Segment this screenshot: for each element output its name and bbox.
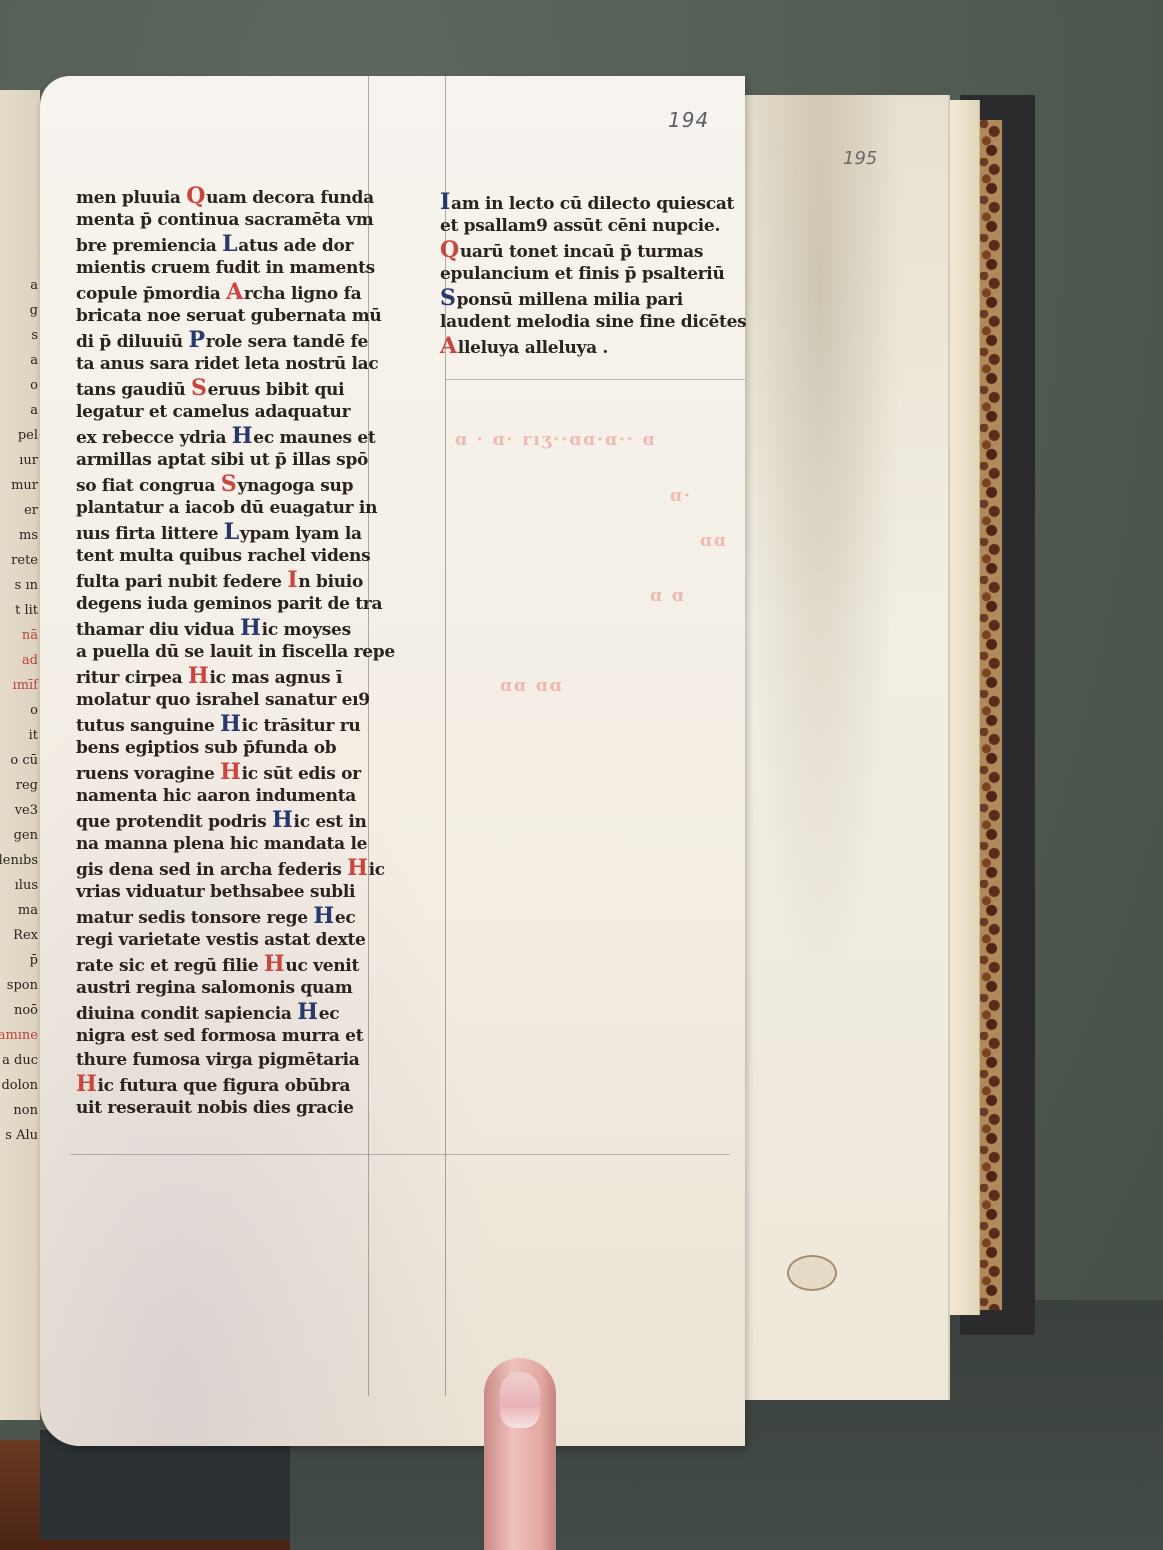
manuscript-line: namenta hic aaron indumenta (76, 784, 396, 808)
line-text: atus ade dor (238, 236, 353, 256)
manuscript-line: epulancium et finis p̄ psalteriū (440, 262, 745, 286)
line-text: na manna plena hic mandata le (76, 834, 367, 854)
leaf-195 (735, 95, 950, 1400)
manuscript-line: laudent melodia sine fine dicētes (440, 310, 745, 334)
facing-page-text-fragment: reg (16, 775, 38, 797)
facing-page-text-fragment: dolon (1, 1075, 38, 1097)
manuscript-line: ıuıs firta littere Lypam lyam la (76, 520, 396, 544)
manuscript-line: Alleluya alleluya . (440, 334, 745, 358)
folio-number-195: 195 (843, 148, 877, 169)
facing-page-text-fragment: pel (18, 425, 38, 447)
line-text: so fiat congrua (76, 476, 221, 496)
line-text: ic moyses (262, 620, 351, 640)
decorated-initial-red: S (221, 472, 237, 496)
ring-stain (787, 1255, 837, 1291)
line-text: nigra est sed formosa murra et (76, 1026, 363, 1046)
facing-page-text-fragment: p̄ (30, 950, 38, 972)
ruling-line (445, 379, 745, 380)
line-text: role sera tandē fe (206, 332, 368, 352)
line-text: plantatur a iacob dū euagatur in (76, 498, 377, 518)
decorated-initial-blue: H (297, 1000, 318, 1024)
line-text: tutus sanguine (76, 716, 220, 736)
manuscript-line: di p̄ diluuiū Prole sera tandē fe (76, 328, 396, 352)
facing-page-text-fragment: ımīf (13, 675, 38, 697)
line-text: uit reserauit nobis dies gracie (76, 1098, 354, 1118)
line-text: bricata noe seruat gubernata mū (76, 306, 382, 326)
line-text: vrias viduatur bethsabee subli (76, 882, 355, 902)
line-text: ec maunes et (253, 428, 375, 448)
manuscript-line: rate sic et regū filie Huc venit (76, 952, 396, 976)
line-text: matur sedis tonsore rege (76, 908, 313, 928)
facing-page-text-fragment: lenıbs (0, 850, 38, 872)
manuscript-line: copule p̄mordia Archa ligno fa (76, 280, 396, 304)
facing-page-text-fragment: ramıne (0, 1025, 38, 1047)
decorated-initial-blue: H (220, 712, 241, 736)
decorated-initial-red: Q (440, 238, 459, 263)
red-offset-ghost: ɑ· (670, 486, 692, 506)
line-text: ic trāsitur ru (242, 716, 361, 736)
line-text: a puella dū se lauit in fiscella repe (76, 642, 395, 662)
facing-page-text-fragment: ve3 (15, 800, 38, 822)
line-text: tans gaudiū (76, 380, 191, 400)
line-text: ic sūt edis or (242, 764, 361, 784)
line-text: diuina condit sapiencia (76, 1004, 297, 1024)
manuscript-line: so fiat congrua Synagoga sup (76, 472, 396, 496)
facing-page-text-fragment: spon (7, 975, 38, 997)
facing-page-text-fragment: a (30, 275, 38, 297)
line-text: et psallam9 assūt cēni nupcie. (440, 216, 720, 236)
line-text: bens egiptios sub p̄funda ob (76, 738, 336, 758)
facing-page-text-fragment: a (30, 350, 38, 372)
facing-page-text-fragment: g (30, 300, 38, 322)
facing-page-text-fragment: rete (11, 550, 38, 572)
manuscript-line: menta p̄ continua sacramēta vm (76, 208, 396, 232)
line-text: n biuio (298, 572, 363, 592)
ruling-line (70, 1154, 730, 1155)
manuscript-line: nigra est sed formosa murra et (76, 1024, 396, 1048)
decorated-initial-red: H (76, 1072, 97, 1096)
facing-page-text-fragment: ıur (19, 450, 38, 472)
manuscript-line: matur sedis tonsore rege Hec (76, 904, 396, 928)
facing-page-text-fragment: noō (14, 1000, 38, 1022)
manuscript-line: tans gaudiū Seruus bibit qui (76, 376, 396, 400)
line-text: thure fumosa virga pigmētaria (76, 1050, 360, 1070)
line-text: men pluuia (76, 188, 186, 208)
manuscript-line: bricata noe seruat gubernata mū (76, 304, 396, 328)
manuscript-line: austri regina salomonis quam (76, 976, 396, 1000)
manuscript-line: ruens voragine Hic sūt edis or (76, 760, 396, 784)
line-text: uc venit (285, 956, 359, 976)
line-text: ic futura que figura obūbra (98, 1076, 351, 1096)
manuscript-line: men pluuia Quam decora funda (76, 184, 396, 208)
manuscript-line: armillas aptat sibi ut p̄ illas spō (76, 448, 396, 472)
line-text: ritur cirpea (76, 668, 188, 688)
manuscript-line: fulta pari nubit federe In biuio (76, 568, 396, 592)
manuscript-line: que protendit podris Hic est in (76, 808, 396, 832)
decorated-initial-red: I (287, 568, 297, 592)
decorated-initial-red: H (188, 664, 209, 688)
manuscript-line: plantatur a iacob dū euagatur in (76, 496, 396, 520)
line-text: am in lecto cū dilecto quiescat (451, 194, 734, 214)
line-text: menta p̄ continua sacramēta vm (76, 210, 373, 230)
line-text: austri regina salomonis quam (76, 978, 352, 998)
facing-page-text-fragment: mur (11, 475, 38, 497)
facing-page-text-fragment: Rex (13, 925, 38, 947)
line-text: uam decora funda (206, 188, 374, 208)
line-text: copule p̄mordia (76, 284, 226, 304)
facing-page-text-fragment: gen (14, 825, 38, 847)
decorated-initial-blue: P (188, 328, 204, 352)
line-text: fulta pari nubit federe (76, 572, 287, 592)
decorated-initial-red: H (264, 952, 285, 976)
line-text: laudent melodia sine fine dicētes (440, 312, 746, 332)
line-text: ynagoga sup (237, 476, 353, 496)
manuscript-line: degens iuda geminos parit de tra (76, 592, 396, 616)
line-text: bre premiencia (76, 236, 222, 256)
decorated-initial-blue: I (440, 190, 450, 215)
line-text: namenta hic aaron indumenta (76, 786, 356, 806)
fingernail (500, 1372, 540, 1428)
line-text: molatur quo israhel sanatur eı9 (76, 690, 370, 710)
manuscript-line: vrias viduatur bethsabee subli (76, 880, 396, 904)
line-text: ıuıs firta littere (76, 524, 224, 544)
line-text: ta anus sara ridet leta nostrū lac (76, 354, 378, 374)
line-text: rate sic et regū filie (76, 956, 264, 976)
decorated-initial-blue: H (240, 616, 261, 640)
text-column-b: Iam in lecto cū dilecto quiescatet psall… (440, 190, 745, 358)
line-text: ic est in (294, 812, 367, 832)
manuscript-line: regi varietate vestis astat dexte (76, 928, 396, 952)
facing-page-text-fragment: a duc (2, 1050, 38, 1072)
manuscript-line: Sponsū millena milia pari (440, 286, 745, 310)
decorated-initial-red: S (191, 376, 207, 400)
manuscript-photo: 195 agsaoapelıurmurermsretes ınt litnāad… (0, 0, 1163, 1550)
facing-page-text-fragment: o cū (10, 750, 38, 772)
manuscript-line: bre premiencia Latus ade dor (76, 232, 396, 256)
decorated-initial-blue: L (222, 232, 237, 256)
decorated-initial-blue: H (272, 808, 293, 832)
manuscript-line: molatur quo israhel sanatur eı9 (76, 688, 396, 712)
manuscript-line: tutus sanguine Hic trāsitur ru (76, 712, 396, 736)
manuscript-line: et psallam9 assūt cēni nupcie. (440, 214, 745, 238)
decorated-initial-red: H (347, 856, 368, 880)
red-offset-ghost: ɑ ɑ (650, 586, 686, 606)
facing-page-text-fragment: s Alu (5, 1125, 38, 1147)
manuscript-line: mientis cruem fudit in maments (76, 256, 396, 280)
line-text: ic (369, 860, 385, 880)
red-offset-ghost: ɑɑ ɑɑ (500, 676, 563, 696)
line-text: ponsū millena milia pari (457, 290, 683, 310)
line-text: ypam lyam la (240, 524, 362, 544)
manuscript-line: a puella dū se lauit in fiscella repe (76, 640, 396, 664)
red-offset-ghost: ɑɑ (700, 531, 728, 551)
line-text: uarū tonet incaū p̄ turmas (460, 242, 703, 262)
manuscript-line: Hic futura que figura obūbra (76, 1072, 396, 1096)
facing-left-page: agsaoapelıurmurermsretes ınt litnāadımīf… (0, 90, 42, 1420)
line-text: ex rebecce ydria (76, 428, 232, 448)
decorated-initial-red: H (220, 760, 241, 784)
facing-page-text-fragment: ad (22, 650, 38, 672)
line-text: armillas aptat sibi ut p̄ illas spō (76, 450, 368, 470)
line-text: legatur et camelus adaquatur (76, 402, 350, 422)
line-text: ec (319, 1004, 340, 1024)
facing-page-text-fragment: it (29, 725, 38, 747)
facing-page-text-fragment: ılus (15, 875, 38, 897)
manuscript-line: Iam in lecto cū dilecto quiescat (440, 190, 745, 214)
decorated-initial-blue: H (232, 424, 253, 448)
line-text: mientis cruem fudit in maments (76, 258, 375, 278)
manuscript-line: na manna plena hic mandata le (76, 832, 396, 856)
manuscript-line: thamar diu vidua Hic moyses (76, 616, 396, 640)
facing-page-text-fragment: o (30, 700, 38, 722)
manuscript-line: thure fumosa virga pigmētaria (76, 1048, 396, 1072)
facing-page-text-fragment: s (31, 325, 38, 347)
line-text: gis dena sed in archa federis (76, 860, 347, 880)
facing-page-text-fragment: ma (18, 900, 38, 922)
line-text: di p̄ diluuiū (76, 332, 188, 352)
line-text: lleluya alleluya . (458, 338, 608, 358)
manuscript-line: ritur cirpea Hic mas agnus ī (76, 664, 396, 688)
line-text: eruus bibit qui (208, 380, 345, 400)
manuscript-line: ex rebecce ydria Hec maunes et (76, 424, 396, 448)
manuscript-line: ta anus sara ridet leta nostrū lac (76, 352, 396, 376)
foam-support-block (40, 1430, 300, 1540)
line-text: ic mas agnus ī (210, 668, 343, 688)
line-text: ruens voragine (76, 764, 220, 784)
manuscript-line: tent multa quibus rachel videns (76, 544, 396, 568)
facing-page-text-fragment: ms (19, 525, 38, 547)
line-text: degens iuda geminos parit de tra (76, 594, 382, 614)
facing-page-text-fragment: s ın (15, 575, 38, 597)
decorated-initial-blue: S (440, 286, 456, 311)
manuscript-line: uit reserauit nobis dies gracie (76, 1096, 396, 1120)
manuscript-line: Quarū tonet incaū p̄ turmas (440, 238, 745, 262)
manuscript-line: diuina condit sapiencia Hec (76, 1000, 396, 1024)
manuscript-line: legatur et camelus adaquatur (76, 400, 396, 424)
decorated-initial-red: A (226, 280, 243, 304)
line-text: tent multa quibus rachel videns (76, 546, 370, 566)
line-text: thamar diu vidua (76, 620, 240, 640)
decorated-initial-red: A (440, 334, 457, 359)
line-text: epulancium et finis p̄ psalteriū (440, 264, 725, 284)
line-text: regi varietate vestis astat dexte (76, 930, 366, 950)
decorated-initial-blue: L (224, 520, 239, 544)
manuscript-line: gis dena sed in archa federis Hic (76, 856, 396, 880)
red-offset-ghost: ɑ · ɑ· rıʒ··ɑɑ·ɑ·· ɑ (455, 430, 657, 450)
line-text: que protendit podris (76, 812, 272, 832)
facing-page-text-fragment: er (24, 500, 38, 522)
folio-number-194: 194 (668, 108, 709, 132)
facing-page-text-fragment: a (30, 400, 38, 422)
line-text: ec (335, 908, 356, 928)
manuscript-line: bens egiptios sub p̄funda ob (76, 736, 396, 760)
facing-page-text-fragment: o (30, 375, 38, 397)
facing-page-text-fragment: t lit (15, 600, 38, 622)
facing-page-text-fragment: nā (22, 625, 38, 647)
line-text: rcha ligno fa (244, 284, 361, 304)
decorated-initial-red: Q (186, 184, 205, 208)
facing-page-text-fragment: non (13, 1100, 38, 1122)
decorated-initial-blue: H (313, 904, 334, 928)
text-column-a: men pluuia Quam decora fundamenta p̄ con… (76, 184, 396, 1120)
